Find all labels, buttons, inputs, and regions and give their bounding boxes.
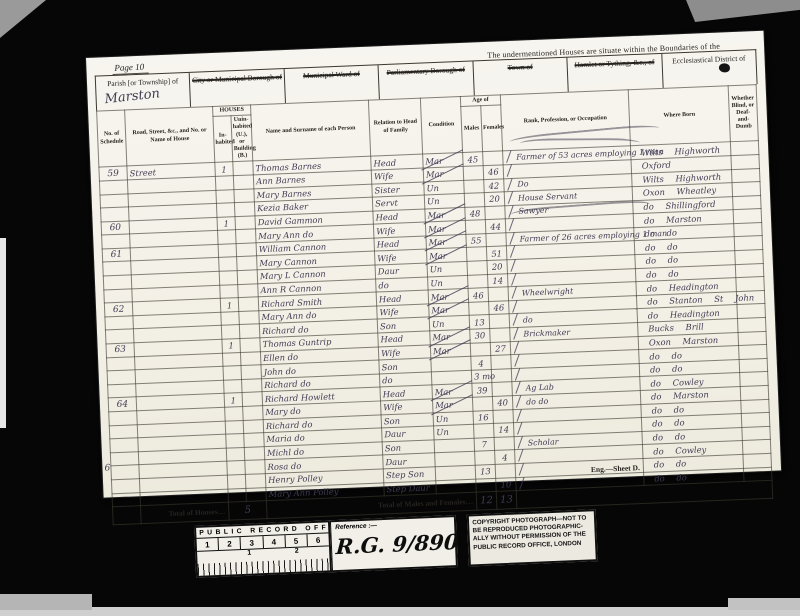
cell-age-female: 20: [487, 260, 508, 274]
cell-inhabited: [226, 447, 245, 461]
cell-age-female: 4: [495, 450, 516, 464]
ruler-cm-number: 6: [307, 533, 329, 546]
col-males: Males: [461, 106, 483, 153]
enumerator-tick: [515, 368, 520, 381]
cell-uninhabited: [239, 324, 260, 338]
col-condition: Condition: [420, 97, 462, 155]
cell-uninhabited: [245, 474, 266, 488]
jurisdiction-label: Hamlet or Tything, &c., of: [574, 57, 654, 69]
cell-schedule: [100, 193, 129, 208]
cell-schedule: 59: [99, 166, 128, 181]
cell-blind: [740, 385, 769, 400]
cell-uninhabited: [234, 202, 255, 216]
cell-schedule: 64: [108, 397, 137, 412]
cell-schedule: [103, 275, 132, 290]
cell-age-male: [469, 301, 490, 315]
cell-blind: [730, 141, 759, 156]
cell-blind: [735, 250, 764, 265]
jurisdiction-label: Ecclesiastical District of: [672, 54, 746, 66]
cell-uninhabited: [242, 379, 263, 393]
cell-age-male: [466, 247, 487, 261]
cell-uninhabited: [245, 460, 266, 474]
cell-age-female: 42: [484, 178, 505, 192]
cell-schedule: [103, 261, 132, 276]
cell-schedule: [109, 411, 138, 426]
col-schedule: No. of Schedule: [97, 110, 127, 167]
cell-inhabited: [221, 325, 240, 339]
cell-age-male: 13: [469, 315, 490, 329]
cell-uninhabited: [243, 419, 264, 433]
cell-age-female: [485, 206, 506, 220]
cell-inhabited: [219, 271, 238, 285]
cell-inhabited: [216, 203, 235, 217]
col-name: Name and Surname of each Person: [251, 100, 371, 161]
margin-annotation: 6: [104, 463, 110, 473]
cell-inhabited: [228, 488, 247, 502]
cell-inhabited: [218, 230, 237, 244]
col-blind: Whether Blind, or Deaf-and-Dumb: [728, 85, 758, 142]
cell-age-male: 39: [472, 383, 493, 397]
cell-blind: [742, 440, 771, 455]
enumerator-tick: [513, 327, 518, 340]
cell-blind: [732, 182, 761, 197]
enumerator-tick: [512, 300, 517, 313]
ruler-cm-number: 1: [197, 538, 220, 551]
cell-inhabited: [227, 474, 246, 488]
cell-inhabited: [216, 189, 235, 203]
cell-age-male: 48: [465, 206, 486, 220]
cell-uninhabited: [236, 229, 257, 243]
col-road: Road, Street, &c., and No. or Name of Ho…: [125, 106, 215, 166]
cell-inhabited: [218, 244, 237, 258]
pencil-scribble: [520, 138, 640, 149]
cell-schedule: 60: [101, 221, 130, 236]
cell-blind: [743, 453, 772, 468]
cell-uninhabited: [238, 297, 259, 311]
cell-schedule: [105, 316, 134, 331]
cell-age-male: [467, 261, 488, 275]
enumerator-tick: [512, 286, 517, 299]
enumerator-tick: [508, 191, 513, 204]
jurisdiction-box: Ecclesiastical District of: [662, 50, 757, 88]
cell-age-female: [490, 328, 511, 342]
cell-schedule: [110, 438, 139, 453]
jurisdiction-label: City or Municipal Borough of: [192, 72, 282, 85]
ink-blot: [719, 63, 730, 72]
cell-blind: [737, 317, 766, 332]
totals-empty: [113, 506, 142, 525]
cell-uninhabited: [234, 188, 255, 202]
cell-age-female: [492, 382, 513, 396]
enumerator-tick: [511, 273, 516, 286]
enumerator-tick: [519, 463, 524, 476]
cell-age-male: 30: [470, 329, 491, 343]
cell-inhabited: [220, 284, 239, 298]
ruler-cm-number: 4: [263, 535, 286, 548]
cell-schedule: [111, 479, 140, 494]
cell-blind: [736, 277, 765, 292]
cell-inhabited: 1: [217, 216, 236, 230]
film-edge-gray-top-left: [0, 0, 46, 38]
cell-age-male: [474, 424, 495, 438]
col-born: Where Born: [628, 86, 730, 146]
census-table: No. of Schedule Road, Street, &c., and N…: [96, 84, 773, 525]
cell-blind: [737, 304, 766, 319]
census-rows: 59Street1Thomas BarnesHeadMar45Farmer of…: [99, 141, 772, 507]
cell-blind: [734, 236, 763, 251]
cell-age-female: 10: [496, 477, 517, 491]
enumerator-tick: [514, 354, 519, 367]
cell-blind: [740, 372, 769, 387]
enumerator-tick: [518, 436, 523, 449]
cell-blind: [738, 331, 767, 346]
cell-schedule: [108, 384, 137, 399]
total-houses-label: Total of Houses…: [141, 502, 230, 524]
cell-blind: [741, 413, 770, 428]
cell-uninhabited: [240, 351, 261, 365]
jurisdiction-box: Parliamentary Borough of: [379, 61, 475, 99]
cell-inhabited: 1: [224, 393, 243, 407]
cell-age-female: [495, 464, 516, 478]
enumerator-tick: [517, 409, 522, 422]
cell-uninhabited: [244, 446, 265, 460]
ruler-inch-number: 2: [295, 548, 299, 555]
cell-age-female: 27: [490, 341, 511, 355]
cell-blind: [733, 209, 762, 224]
cell-age-female: 14: [494, 423, 515, 437]
cell-age-female: [486, 233, 507, 247]
enumerator-tick: [506, 151, 511, 164]
jurisdiction-box: Parish [or Township] ofMarston: [96, 73, 192, 111]
cell-blind: [742, 426, 771, 441]
cell-schedule: [105, 329, 134, 344]
copyright-notice: COPYRIGHT PHOTOGRAPH—NOT TOBE REPRODUCED…: [467, 509, 598, 566]
cell-uninhabited: [238, 283, 259, 297]
cell-age-female: [488, 287, 509, 301]
cell-inhabited: [222, 352, 241, 366]
census-page: Page 10 The undermentioned Houses are si…: [86, 31, 781, 498]
cell-schedule: [112, 492, 141, 507]
cell-inhabited: [225, 420, 244, 434]
enumerator-tick: [511, 259, 516, 272]
jurisdiction-box: Hamlet or Tything, &c., of: [567, 54, 663, 92]
reference-box: Reference :— R.G. 9/890: [330, 515, 458, 572]
cell-blind: [735, 263, 764, 278]
cell-age-male: 55: [466, 233, 487, 247]
cell-blind: [731, 168, 760, 183]
cell-blind: [731, 154, 760, 169]
ruler-cm-number: 3: [241, 536, 264, 549]
cell-schedule: [109, 424, 138, 439]
cell-age-male: 13: [475, 464, 496, 478]
cell-age-male: [472, 396, 493, 410]
cell-inhabited: 1: [220, 298, 239, 312]
cell-age-female: 44: [485, 219, 506, 233]
cell-age-male: [464, 179, 485, 193]
enumerator-tick: [515, 382, 520, 395]
cell-age-male: 45: [463, 152, 484, 166]
cell-schedule: [107, 370, 136, 385]
total-females-value: 13: [496, 491, 517, 510]
cell-blind: [739, 345, 768, 360]
jurisdiction-label: Municipal Ward of: [303, 69, 360, 80]
film-edge-gray-top-right: [686, 0, 800, 22]
enumerator-tick: [516, 395, 521, 408]
ruler-cm-number: 5: [285, 534, 308, 547]
cell-uninhabited: [239, 311, 260, 325]
cell-uninhabited: [233, 161, 254, 175]
cell-age-male: 16: [473, 410, 494, 424]
enumerator-tick: [509, 232, 514, 245]
cell-age-female: 46: [489, 301, 510, 315]
ruler-inch-number: 1: [247, 550, 251, 557]
cell-uninhabited: [243, 406, 264, 420]
cell-inhabited: [223, 366, 242, 380]
cell-schedule: [104, 289, 133, 304]
cell-schedule: 62: [104, 302, 133, 317]
cell-uninhabited: [237, 270, 258, 284]
cell-schedule: 61: [102, 248, 131, 263]
page-number: Page 10: [112, 62, 148, 75]
microfilm-scan: Page 10 The undermentioned Houses are si…: [0, 0, 800, 616]
enumerator-tick: [507, 164, 512, 177]
cell-inhabited: [225, 406, 244, 420]
reference-number: R.G. 9/890: [335, 529, 456, 559]
enumerator-tick: [514, 341, 519, 354]
cell-uninhabited: [240, 338, 261, 352]
cell-age-female: [489, 314, 510, 328]
cell-inhabited: 1: [215, 162, 234, 176]
film-edge-gray-bottom-right: [728, 598, 800, 610]
cell-blind: [741, 399, 770, 414]
pro-ruler-box: PUBLIC RECORD OFFICE 123456 12: [194, 520, 332, 578]
cell-inhabited: [221, 311, 240, 325]
film-edge-band-bottom: [0, 607, 800, 616]
enumerator-tick: [519, 477, 524, 490]
cell-blind: [739, 358, 768, 373]
cell-schedule: 63: [106, 343, 135, 358]
cell-age-male: 4: [471, 356, 492, 370]
cell-uninhabited: [235, 216, 256, 230]
cell-uninhabited: [236, 243, 257, 257]
enumerator-tick: [507, 178, 512, 191]
enumerator-tick: [518, 449, 523, 462]
jurisdiction-label: Parliamentary Borough of: [386, 65, 465, 77]
cell-age-male: 3 mo: [471, 369, 492, 383]
cell-inhabited: 1: [222, 339, 241, 353]
col-females: Females: [481, 105, 503, 152]
cell-age-male: [468, 274, 489, 288]
cell-schedule: [101, 207, 130, 222]
ruler-fine-ticks: 12: [197, 546, 330, 576]
cell-age-male: 46: [468, 288, 489, 302]
enumerator-tick: [517, 422, 522, 435]
cell-schedule: [99, 180, 128, 195]
cell-blind: [733, 195, 762, 210]
cell-age-female: [483, 151, 504, 165]
cell-schedule: [102, 234, 131, 249]
cell-blind: [734, 222, 763, 237]
enumerator-tick: [510, 246, 515, 259]
cell-inhabited: [227, 461, 246, 475]
cell-age-female: 51: [486, 246, 507, 260]
cell-inhabited: [226, 434, 245, 448]
film-edge-streak-left: [0, 238, 6, 428]
cell-age-female: 14: [488, 273, 509, 287]
cell-uninhabited: [237, 256, 258, 270]
film-edge-gray-bottom-left: [0, 594, 92, 610]
cell-age-male: [470, 342, 491, 356]
col-relation: Relation to Head of Family: [368, 98, 422, 156]
cell-schedule: [107, 356, 136, 371]
cell-uninhabited: [233, 175, 254, 189]
cell-schedule: [111, 465, 140, 480]
total-males-value: 12: [476, 492, 497, 511]
reference-label: Reference :—: [335, 522, 377, 531]
cell-age-female: [493, 409, 514, 423]
cell-age-male: [463, 166, 484, 180]
total-houses-value: 5: [228, 501, 267, 521]
jurisdiction-box: Town of: [473, 58, 569, 96]
cell-inhabited: [219, 257, 238, 271]
cell-uninhabited: [241, 365, 262, 379]
ruler-cm-number: 2: [219, 537, 242, 550]
cell-age-female: [494, 436, 515, 450]
jurisdiction-box: Municipal Ward of: [284, 65, 380, 103]
cell-inhabited: [215, 176, 234, 190]
jurisdiction-box: City or Municipal Borough of: [190, 69, 286, 107]
cell-age-male: [476, 478, 497, 492]
cell-age-female: 20: [484, 192, 505, 206]
cell-age-male: [475, 451, 496, 465]
cell-inhabited: [224, 379, 243, 393]
cell-age-male: 7: [474, 437, 495, 451]
cell-schedule: [110, 451, 139, 466]
jurisdiction-label: Town of: [507, 62, 532, 72]
cell-age-female: 40: [492, 396, 513, 410]
col-inhabited: In-habited: [213, 116, 233, 163]
enumerator-tick: [513, 314, 518, 327]
cell-condition: [436, 479, 477, 494]
cell-age-male: [464, 193, 485, 207]
cell-uninhabited: [242, 392, 263, 406]
cell-age-female: 46: [483, 165, 504, 179]
enumerator-tick: [509, 219, 514, 232]
cell-blind: [743, 467, 772, 482]
cell-uninhabited: [246, 487, 267, 501]
cell-age-male: [465, 220, 486, 234]
cell-uninhabited: [244, 433, 265, 447]
cell-age-female: [491, 355, 512, 369]
